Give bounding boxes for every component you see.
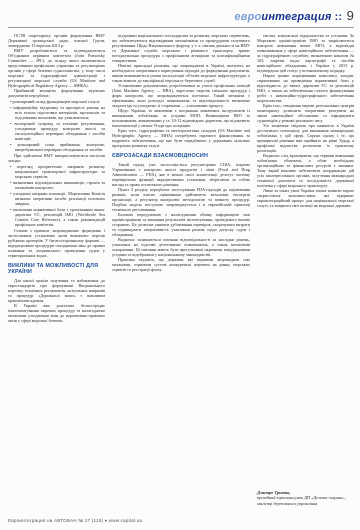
paragraph: При здійсненні ВМУ використовуються наст… [8, 153, 105, 163]
bullet-item: визначення відповідальних виконавців, ст… [15, 180, 105, 190]
paragraph: Щодо України, то важливим є поєднання за… [112, 108, 250, 128]
section-heading: ЄВРОЗАСАДИ ВЗАЄМОВІДНОСИН [112, 153, 250, 159]
paragraph: Наразі триває опрацювання комплексу захо… [257, 73, 354, 103]
section-heading: ВИКЛИКИ ТА МОЖЛИВОСТІ ДЛЯ УКРАЇНИ [8, 263, 105, 275]
paragraph: Новітні прикладні рішення, що запровадже… [112, 63, 250, 83]
paragraph: Базовою передумовою є налагодження обмін… [112, 212, 250, 237]
paragraph: Лише за таких умов Україна зможе повною … [257, 188, 354, 208]
paragraph: Прийнятий механізм формування відомчих д… [8, 88, 105, 98]
paragraph: Усе зазначене свідчить про наявність в У… [257, 123, 354, 153]
paragraph: підтримки національного господарства та … [112, 33, 250, 63]
text-column-2: підтримки національного господарства та … [112, 33, 250, 508]
paragraph: Станом з приписи запроваджених формувань… [8, 228, 105, 258]
paragraph: Для нашої країни залучення та наближення… [8, 278, 105, 303]
paragraph: В Україні вже розпочато безпосереднє імп… [8, 303, 105, 323]
paragraph: Крім того, створення мережі регіональних… [257, 103, 354, 123]
bullet-list: розширений склад функціонерів морської г… [8, 99, 105, 152]
article-columns: ОСТВ секретаріату органів формування ВМУ… [8, 33, 354, 508]
page-header: евроинтеграция:: 9 [234, 8, 354, 23]
header-brand-dark: интеграция [261, 11, 331, 23]
bullet-item: перегляд пріоритетних напрямів розвитку … [15, 164, 105, 179]
paragraph: Пункт 2 розділу передбачає застосування … [112, 187, 250, 212]
author-role: провідний юрисконсульт ДП «Дельта-лоцман… [257, 495, 354, 500]
header-separator: :: [332, 11, 344, 23]
paragraph: Водночас слід враховувати, що терміни ви… [257, 153, 354, 188]
bullet-item: експертний супровід та технічне регулюва… [15, 121, 105, 141]
bullet-item: розширений план приймання, контролю, вип… [15, 142, 105, 152]
paragraph: Практика свідчить, що держави, які перши… [112, 257, 250, 272]
paragraph: ємства, комунальні підприємства та устан… [257, 33, 354, 73]
text-column-3: ємства, комунальні підприємства та устан… [257, 33, 354, 508]
journal-page: евроинтеграция:: 9 ОСТВ секретаріату орг… [0, 0, 360, 530]
bullet-item: узгоджені напрями взаємодії, Мореплавна … [15, 191, 105, 206]
paragraph: ВМУ розробляються та підтверджуються Об'… [8, 48, 105, 88]
header-brand-light: евро [234, 11, 261, 23]
author-degree: магістр державного управління [257, 501, 354, 506]
page-footer: Евроинтеграция на АВТОБАН № 17 (118) ♦ w… [8, 518, 142, 523]
bullet-list: перегляд пріоритетних напрямів розвитку … [8, 164, 105, 227]
paragraph: Такий підхід уже застосовується регулято… [112, 162, 250, 187]
paragraph: Установчими документами, розробленими за… [112, 83, 250, 108]
bullet-item: розширений склад функціонерів морської г… [15, 99, 105, 104]
text-column-1: ОСТВ секретаріату органів формування ВМУ… [8, 33, 105, 508]
page-number: 9 [347, 8, 354, 23]
paragraph: Водночас залишаються питання відповідаль… [112, 237, 250, 257]
paragraph: ОСТВ секретаріату органів формування ВМУ… [8, 33, 105, 48]
paragraph: Крім того, гідрографічна та метеорологіч… [112, 128, 250, 148]
bullet-item: оновлення нормативної бази з урахуванням… [15, 207, 105, 227]
header-rule [8, 27, 354, 28]
bullet-item: інформаційну підтримку та прозорість ріш… [15, 105, 105, 120]
author-signature: Дмитро Тритяк, провідний юрисконсульт ДП… [257, 486, 354, 506]
